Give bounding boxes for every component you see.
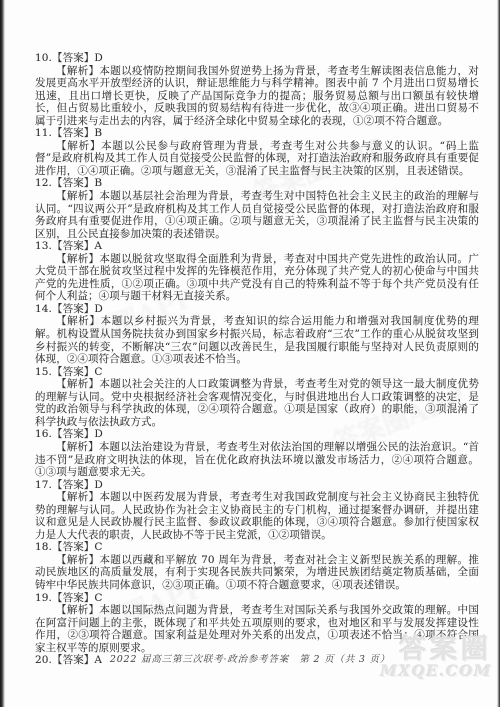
analysis-label: 【解析】 — [56, 441, 99, 453]
analysis-text: 本题以疫情防控期间我国外贸逆势上扬为背景，考查考生解读图表信息能力，对发展更高水… — [35, 65, 479, 127]
answer-line: 13.【答案】A — [35, 240, 479, 253]
answer-letter: D — [94, 428, 103, 440]
answer-line: 18.【答案】C — [35, 541, 479, 554]
analysis-paragraph: 【解析】本题以西藏和平解放 70 周年为背景，考查对社会主义新型民族关系的理解。… — [35, 554, 479, 592]
item-number: 14. — [35, 303, 52, 315]
analysis-text: 本题以脱贫攻坚取得全面胜利为背景，考查对中国共产党先进性的政治认同。广大党员干部… — [35, 253, 479, 303]
answer-letter: B — [94, 177, 102, 189]
item-number: 13. — [35, 240, 52, 252]
answer-item-11: 11.【答案】B 【解析】本题以公民参与政府管理为背景，考查考生对公共参与意义的… — [35, 127, 479, 177]
analysis-paragraph: 【解析】本题以国际热点问题为背景，考查考生对国际关系与我国外交政策的理解。中国在… — [35, 604, 479, 654]
answer-line: 19.【答案】C — [35, 592, 479, 605]
analysis-text: 本题以公民参与政府管理为背景，考查考生对公共参与意义的认识。“码上监督”是政府机… — [35, 140, 479, 177]
analysis-text: 本题以法治建设为背景，考查考生对依法治国的理解以增强公民的法治意识。“首违不罚”… — [35, 441, 479, 478]
analysis-text: 本题以基层社会治理为背景，考查考生对中国特色社会主义民主的政治的理解与认同。“四… — [35, 190, 479, 240]
item-number: 19. — [35, 592, 52, 604]
answers-list: 10.【答案】D 【解析】本题以疫情防控期间我国外贸逆势上扬为背景，考查考生解读… — [35, 52, 479, 667]
analysis-label: 【解析】 — [56, 554, 100, 566]
analysis-text: 本题以乡村振兴为背景，考查知识的综合运用能力和增强对我国制度优势的理解。机构设置… — [35, 315, 479, 365]
analysis-text: 本题以中医药发展为背景，考查考生对我国政党制度与社会主义协商民主独特优势的理解与… — [35, 491, 479, 541]
analysis-label: 【解析】 — [56, 315, 101, 327]
analysis-paragraph: 【解析】本题以乡村振兴为背景，考查知识的综合运用能力和增强对我国制度优势的理解。… — [35, 315, 479, 365]
analysis-paragraph: 【解析】本题以中医药发展为背景，考查考生对我国政党制度与社会主义协商民主独特优势… — [35, 491, 479, 541]
item-number: 10. — [35, 52, 52, 64]
answer-item-17: 17.【答案】D 【解析】本题以中医药发展为背景，考查考生对我国政党制度与社会主… — [35, 479, 479, 542]
answer-label: 【答案】 — [52, 52, 94, 64]
analysis-label: 【解析】 — [56, 140, 101, 152]
item-number: 16. — [35, 428, 52, 440]
analysis-label: 【解析】 — [56, 491, 99, 503]
answer-item-10: 10.【答案】D 【解析】本题以疫情防控期间我国外贸逆势上扬为背景，考查考生解读… — [35, 52, 479, 127]
answer-label: 【答案】 — [52, 541, 94, 553]
answer-letter: D — [94, 52, 103, 64]
answer-label: 【答案】 — [52, 592, 94, 604]
analysis-text: 本题以社会关注的人口政策调整为背景，考查考生对党的领导这一最大制度优势的理解与认… — [35, 378, 479, 428]
item-number: 12. — [35, 177, 52, 189]
answer-line: 17.【答案】D — [35, 479, 479, 492]
analysis-label: 【解析】 — [56, 253, 99, 265]
item-number: 18. — [35, 541, 52, 553]
analysis-text: 本题以西藏和平解放 70 周年为背景，考查对社会主义新型民族关系的理解。推动民族… — [35, 554, 479, 591]
analysis-paragraph: 【解析】本题以疫情防控期间我国外贸逆势上扬为背景，考查考生解读图表信息能力，对发… — [35, 65, 479, 128]
item-number: 15. — [35, 366, 52, 378]
answer-item-14: 14.【答案】D 【解析】本题以乡村振兴为背景，考查知识的综合运用能力和增强对我… — [35, 303, 479, 366]
answer-item-16: 16.【答案】D 【解析】本题以法治建设为背景，考查考生对依法治国的理解以增强公… — [35, 428, 479, 478]
answer-letter: A — [94, 240, 102, 252]
analysis-paragraph: 【解析】本题以基层社会治理为背景，考查考生对中国特色社会主义民主的政治的理解与认… — [35, 190, 479, 240]
answer-label: 【答案】 — [52, 240, 94, 252]
page-footer: 2022 届高三第三次联考·政治参考答案 第 2 页（共 3 页） — [0, 651, 500, 665]
document-page: 答案圈APP 答案圈APP 答案圈APP 答案圈APP 10.【答案】D 【解析… — [0, 0, 500, 707]
analysis-paragraph: 【解析】本题以脱贫攻坚取得全面胜利为背景，考查对中国共产党先进性的政治认同。广大… — [35, 253, 479, 303]
answer-item-18: 18.【答案】C 【解析】本题以西藏和平解放 70 周年为背景，考查对社会主义新… — [35, 541, 479, 591]
analysis-label: 【解析】 — [56, 65, 99, 77]
analysis-paragraph: 【解析】本题以法治建设为背景，考查考生对依法治国的理解以增强公民的法治意识。“首… — [35, 441, 479, 479]
answer-item-13: 13.【答案】A 【解析】本题以脱贫攻坚取得全面胜利为背景，考查对中国共产党先进… — [35, 240, 479, 303]
answer-line: 16.【答案】D — [35, 428, 479, 441]
answer-letter: D — [94, 479, 103, 491]
analysis-paragraph: 【解析】本题以社会关注的人口政策调整为背景，考查考生对党的领导这一最大制度优势的… — [35, 378, 479, 428]
answer-label: 【答案】 — [52, 177, 94, 189]
answer-letter: B — [94, 127, 102, 139]
analysis-paragraph: 【解析】本题以公民参与政府管理为背景，考查考生对公共参与意义的认识。“码上监督”… — [35, 140, 479, 178]
answer-letter: C — [94, 541, 102, 553]
answer-line: 14.【答案】D — [35, 303, 479, 316]
answer-letter: D — [94, 303, 103, 315]
analysis-label: 【解析】 — [56, 604, 99, 616]
answer-item-15: 15.【答案】C 【解析】本题以社会关注的人口政策调整为背景，考查考生对党的领导… — [35, 366, 479, 429]
item-number: 11. — [35, 127, 52, 139]
answer-letter: C — [94, 592, 102, 604]
answer-label: 【答案】 — [52, 127, 94, 139]
answer-item-12: 12.【答案】B 【解析】本题以基层社会治理为背景，考查考生对中国特色社会主义民… — [35, 177, 479, 240]
answer-line: 11.【答案】B — [35, 127, 479, 140]
answer-line: 10.【答案】D — [35, 52, 479, 65]
answer-letter: C — [94, 366, 102, 378]
answer-label: 【答案】 — [52, 428, 94, 440]
answer-item-19: 19.【答案】C 【解析】本题以国际热点问题为背景，考查考生对国际关系与我国外交… — [35, 592, 479, 655]
analysis-label: 【解析】 — [56, 190, 99, 202]
answer-line: 15.【答案】C — [35, 366, 479, 379]
answer-label: 【答案】 — [52, 303, 94, 315]
analysis-text: 本题以国际热点问题为背景，考查考生对国际关系与我国外交政策的理解。中国在阿富汗问… — [35, 604, 479, 654]
scan-edge-left — [0, 0, 5, 707]
item-number: 17. — [35, 479, 52, 491]
answer-line: 12.【答案】B — [35, 177, 479, 190]
answer-label: 【答案】 — [52, 479, 94, 491]
analysis-label: 【解析】 — [56, 378, 99, 390]
answer-label: 【答案】 — [52, 366, 94, 378]
